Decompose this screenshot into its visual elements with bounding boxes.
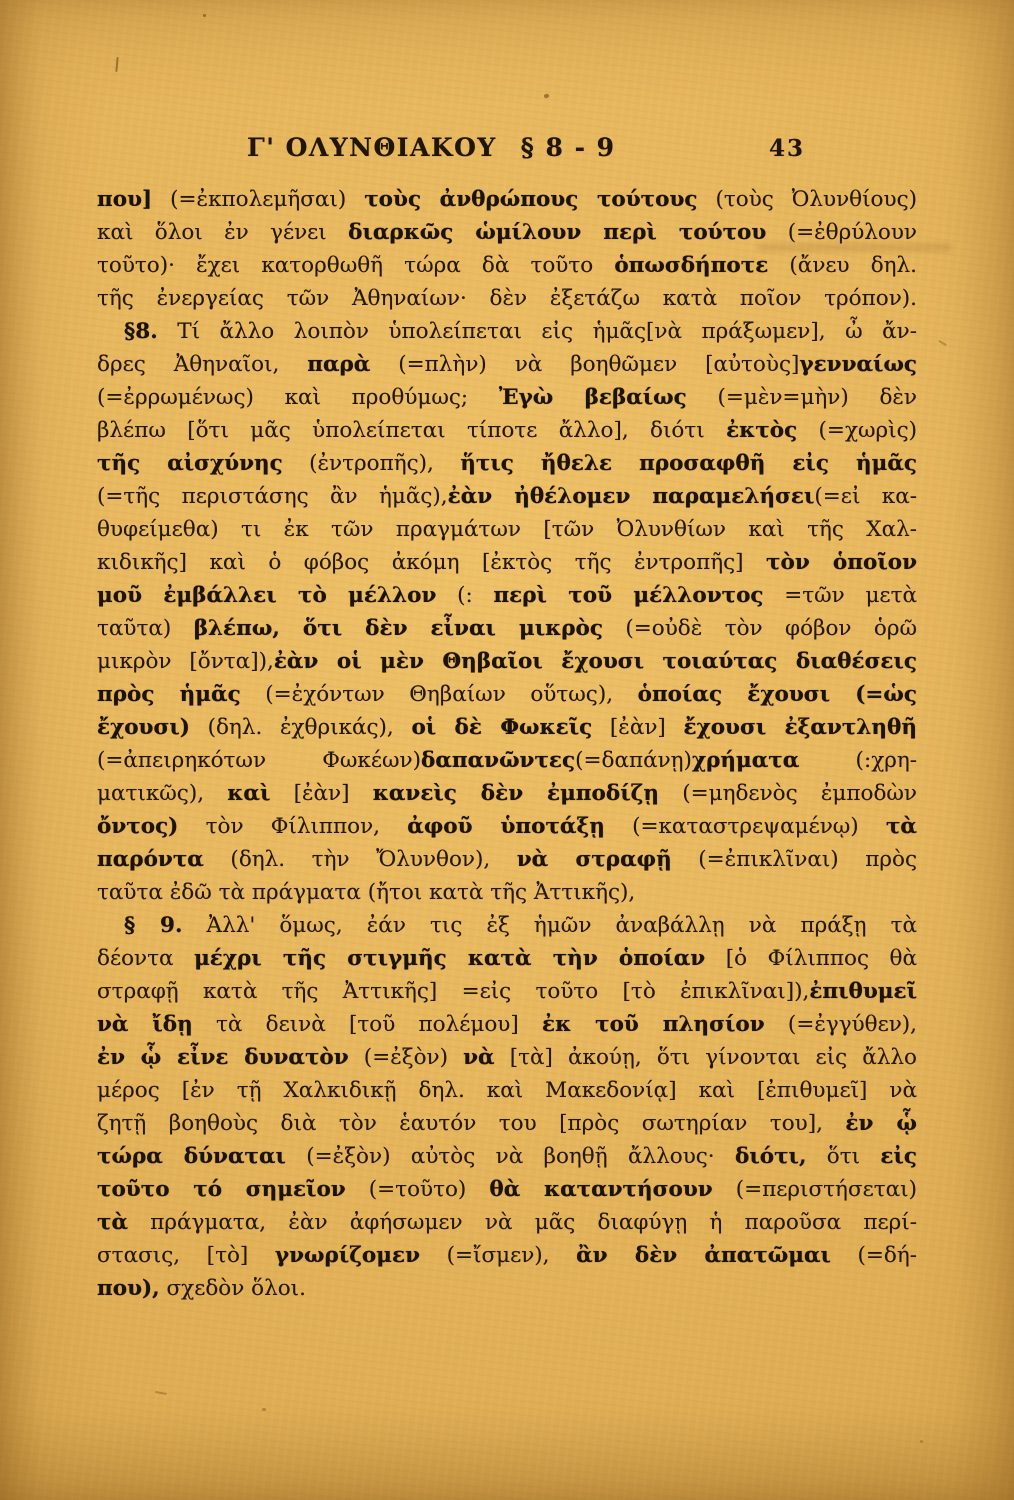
- text-segment: Ἀλλ' ὅμως, ἐάν τις ἐξ ἡμῶν ἀναβάλλῃ νὰ π…: [182, 913, 917, 938]
- text-segment: που),: [97, 1276, 160, 1301]
- text-line: μικρὸν [ὄντα]),ἐὰν οἱ μὲν Θηβαῖοι ἔχουσι…: [97, 645, 917, 678]
- text-segment: σχεδὸν ὅλοι.: [160, 1276, 306, 1301]
- paper-speck: [938, 340, 947, 346]
- text-segment: τὰ: [886, 814, 917, 839]
- text-segment: καὶ ὅλοι ἐν γένει: [97, 220, 348, 245]
- text-segment: τὸν ὁποῖον: [766, 550, 917, 575]
- text-segment: (ἄνευ δηλ.: [768, 253, 917, 278]
- text-segment: ἐκτὸς: [726, 418, 797, 443]
- text-segment: (=ἐχόντων Θηβαίων οὕτως),: [241, 682, 638, 707]
- text-segment: (=καταστρεψαμένῳ): [605, 814, 886, 839]
- text-segment: [ἐὰν]: [592, 715, 683, 740]
- text-segment: (=ἐξὸν) αὐτὸς νὰ βοηθῇ ἄλλους·: [286, 1144, 735, 1169]
- text-segment: (=δή-: [831, 1243, 917, 1268]
- page-title-section: § 8 - 9: [521, 133, 616, 162]
- text-segment: (ἐντροπῆς),: [283, 451, 461, 476]
- text-segment: ἂν δὲν ἀπατῶμαι: [576, 1243, 831, 1268]
- text-segment: περὶ τοῦ μέλλοντος: [493, 583, 763, 608]
- text-segment: (=τοῦτο): [346, 1177, 490, 1202]
- text-segment: [ἐὰν]: [270, 781, 372, 806]
- text-block: που] (=ἐκπολεμῆσαι) τοὺς ἀνθρώπους τούτο…: [97, 183, 917, 1305]
- text-segment: (=περιστήσεται): [713, 1177, 917, 1202]
- text-segment: χρήματα: [692, 748, 799, 773]
- text-segment: τώρα δύναται: [97, 1144, 286, 1169]
- text-segment: ζητῇ βοηθοὺς διὰ τὸν ἑαυτόν του [πρὸς σω…: [97, 1111, 845, 1136]
- text-segment: (=πλὴν) νὰ βοηθῶμεν [αὐτοὺς]: [370, 352, 799, 377]
- text-segment: τοῦτο)· ἔχει κατορθωθῆ τώρα δὰ τοῦτο: [97, 253, 614, 278]
- text-segment: (=εἰ κα-: [814, 484, 917, 509]
- text-segment: δέοντα: [97, 946, 194, 971]
- text-segment: =τῶν μετὰ: [764, 583, 917, 608]
- paper-speck: [155, 1391, 167, 1395]
- text-line: νὰ ἴδῃ τὰ δεινὰ [τοῦ πολέμου] ἐκ τοῦ πλη…: [97, 1008, 917, 1041]
- text-segment: ματικῶς),: [97, 781, 227, 806]
- text-segment: καὶ: [227, 781, 270, 806]
- paper-speck: [203, 14, 206, 17]
- text-line: θυφείμεθα) τι ἐκ τῶν πραγμάτων [τῶν Ὀλυν…: [97, 513, 917, 546]
- text-segment: (=ἐρρωμένως) καὶ προθύμως;: [97, 385, 499, 410]
- text-segment: (δηλ. ἐχθρικάς),: [190, 715, 412, 740]
- text-segment: ἐὰν οἱ μὲν Θηβαῖοι ἔχουσι τοιαύτας διαθέ…: [274, 649, 917, 674]
- text-segment: κιδικῆς] καὶ ὁ φόβος ἀκόμη [ἐκτὸς τῆς ἐν…: [97, 550, 766, 575]
- text-line: ἔχουσι) (δηλ. ἐχθρικάς), οἱ δὲ Φωκεῖς [ἐ…: [97, 711, 917, 744]
- text-line: τοῦτο τό σημεῖον (=τοῦτο) θὰ καταντήσουν…: [97, 1173, 917, 1206]
- text-segment: (=ἐξὸν): [349, 1045, 463, 1070]
- text-segment: § 9.: [124, 913, 182, 938]
- text-segment: τὰ: [97, 1210, 128, 1235]
- text-segment: πρὸς ἡμᾶς: [97, 682, 241, 707]
- text-segment: διότι,: [735, 1144, 806, 1169]
- text-segment: ταῦτα): [97, 616, 194, 641]
- text-segment: γνωρίζομεν: [275, 1243, 420, 1268]
- text-segment: ἐν ᾧ εἶνε δυνατὸν: [97, 1045, 349, 1070]
- paper-smudge: [757, 243, 952, 252]
- page-title: Γ' ΟΛΥΝΘΙΑΚΟΥ § 8 - 9: [247, 133, 616, 162]
- text-segment: (=μὲν=μὴν) δὲν: [687, 385, 917, 410]
- text-line: μοῦ ἐμβάλλει τὸ μέλλον (: περὶ τοῦ μέλλο…: [97, 579, 917, 612]
- text-segment: μέρος [ἐν τῇ Χαλκιδικῇ δηλ. καὶ Μακεδονί…: [97, 1078, 917, 1103]
- text-line: ὄντος) τὸν Φίλιππον, ἀφοῦ ὑποτάξῃ (=κατα…: [97, 810, 917, 843]
- paper-speck: [115, 57, 118, 72]
- text-segment: τὰ δεινὰ [τοῦ πολέμου]: [193, 1012, 542, 1037]
- text-segment: στασις, [τὸ]: [97, 1243, 275, 1268]
- text-line: πρὸς ἡμᾶς (=ἐχόντων Θηβαίων οὕτως), ὁποί…: [97, 678, 917, 711]
- text-segment: (=δαπάνῃ): [575, 748, 692, 773]
- text-segment: ἐκ τοῦ πλησίον: [542, 1012, 765, 1037]
- paper-speck: [262, 1408, 266, 1411]
- text-segment: μοῦ ἐμβάλλει τὸ μέλλον: [97, 583, 436, 608]
- text-segment: (:χρη-: [799, 748, 917, 773]
- text-segment: (=οὐδὲ τὸν φόβον ὁρῶ: [603, 616, 917, 641]
- text-segment: θυφείμεθα) τι ἐκ τῶν πραγμάτων [τῶν Ὀλυν…: [97, 517, 917, 542]
- text-line: κιδικῆς] καὶ ὁ φόβος ἀκόμη [ἐκτὸς τῆς ἐν…: [97, 546, 917, 579]
- text-segment: ἔχουσι ἐξαντληθῆ: [684, 715, 917, 740]
- text-line: ταῦτα) βλέπω, ὅτι δὲν εἶναι μικρὸς (=οὐδ…: [97, 612, 917, 645]
- text-line: στραφῇ κατὰ τῆς Ἀττικῆς] =εἰς τοῦτο [τὸ …: [97, 975, 917, 1008]
- text-line: (=ἐρρωμένως) καὶ προθύμως; Ἐγὼ βεβαίως (…: [97, 381, 917, 414]
- text-segment: (=μηδενὸς ἐμποδὼν: [659, 781, 917, 806]
- text-line: δέοντα μέχρι τῆς στιγμῆς κατὰ τὴν ὁποίαν…: [97, 942, 917, 975]
- text-segment: (=ἀπειρηκότων Φωκέων): [97, 748, 421, 773]
- text-segment: (=τῆς περιστάσης ἂν ἡμᾶς),: [97, 484, 448, 509]
- text-segment: μικρὸν [ὄντα]),: [97, 649, 274, 674]
- paragraph: § 9. Ἀλλ' ὅμως, ἐάν τις ἐξ ἡμῶν ἀναβάλλῃ…: [97, 909, 917, 1305]
- text-segment: τὸν Φίλιππον,: [178, 814, 407, 839]
- text-segment: ἀφοῦ ὑποτάξῃ: [407, 814, 605, 839]
- text-segment: (=χωρὶς): [797, 418, 917, 443]
- text-segment: στραφῇ κατὰ τῆς Ἀττικῆς] =εἰς τοῦτο [τὸ …: [97, 979, 809, 1004]
- text-segment: ἥτις ἤθελε προσαφθῆ εἰς ἡμᾶς: [460, 451, 917, 476]
- text-line: (=τῆς περιστάσης ἂν ἡμᾶς),ἐὰν ἠθέλομεν π…: [97, 480, 917, 513]
- text-segment: ὁποίας ἔχουσι: [638, 682, 830, 707]
- page-title-main: Γ' ΟΛΥΝΘΙΑΚΟΥ: [247, 133, 497, 162]
- text-line: μέρος [ἐν τῇ Χαλκιδικῇ δηλ. καὶ Μακεδονί…: [97, 1074, 917, 1107]
- paper-speck: [920, 1440, 923, 1443]
- text-segment: οἱ δὲ Φωκεῖς: [411, 715, 592, 740]
- text-segment: (=ἐγγύθεν),: [765, 1012, 917, 1037]
- text-segment: [τὰ] ἀκούῃ, ὅτι γίνονται εἰς ἄλλο: [495, 1045, 917, 1070]
- text-line: που), σχεδὸν ὅλοι.: [97, 1272, 917, 1305]
- book-page: Γ' ΟΛΥΝΘΙΑΚΟΥ § 8 - 9 43 που] (=ἐκπολεμῆ…: [0, 0, 1014, 1500]
- text-segment: τῆς αἰσχύνης: [97, 451, 283, 476]
- text-segment: θὰ καταντήσουν: [489, 1177, 712, 1202]
- text-segment: ὁπωσδήποτε: [614, 253, 768, 278]
- text-line: τώρα δύναται (=ἐξὸν) αὐτὸς νὰ βοηθῇ ἄλλο…: [97, 1140, 917, 1173]
- page-header: Γ' ΟΛΥΝΘΙΑΚΟΥ § 8 - 9 43: [97, 133, 917, 169]
- text-line: στασις, [τὸ] γνωρίζομεν (=ἴσμεν), ἂν δὲν…: [97, 1239, 917, 1272]
- text-segment: Ἐγὼ βεβαίως: [499, 385, 687, 410]
- text-segment: ἐπιθυμεῖ: [809, 979, 917, 1004]
- text-line: ταῦτα ἐδῶ τὰ πράγματα (ἤτοι κατὰ τῆς Ἀττ…: [97, 876, 917, 909]
- text-segment: που]: [97, 187, 152, 212]
- text-segment: (=ὡς: [830, 682, 917, 707]
- text-segment: τοὺς ἀνθρώπους τούτους: [364, 187, 697, 212]
- text-segment: παρὰ: [307, 352, 370, 377]
- text-segment: ταῦτα ἐδῶ τὰ πράγματα (ἤτοι κατὰ τῆς Ἀττ…: [97, 880, 635, 905]
- text-segment: ἔχουσι): [97, 715, 190, 740]
- text-line: ζητῇ βοηθοὺς διὰ τὸν ἑαυτόν του [πρὸς σω…: [97, 1107, 917, 1140]
- page-number: 43: [769, 135, 805, 162]
- text-segment: τοῦτο τό σημεῖον: [97, 1177, 346, 1202]
- paragraph: §8. Τί ἄλλο λοιπὸν ὑπολείπεται εἰς ἡμᾶς[…: [97, 315, 917, 909]
- text-line: που] (=ἐκπολεμῆσαι) τοὺς ἀνθρώπους τούτο…: [97, 183, 917, 216]
- text-segment: (δηλ. τὴν Ὄλυνθον),: [204, 847, 517, 872]
- text-segment: (=ἐθρύλουν: [766, 220, 917, 245]
- text-segment: διαρκῶς ὡμίλουν περὶ τούτου: [348, 220, 766, 245]
- text-line: τὰ πράγματα, ἐὰν ἀφήσωμεν νὰ μᾶς διαφύγῃ…: [97, 1206, 917, 1239]
- text-line: §8. Τί ἄλλο λοιπὸν ὑπολείπεται εἰς ἡμᾶς[…: [97, 315, 917, 348]
- text-line: (=ἀπειρηκότων Φωκέων)δαπανῶντες(=δαπάνῃ)…: [97, 744, 917, 777]
- text-segment: (=ἐπικλῖναι) πρὸς: [672, 847, 917, 872]
- text-segment: §8.: [124, 319, 158, 344]
- text-segment: εἰς: [880, 1144, 917, 1169]
- text-line: τῆς αἰσχύνης (ἐντροπῆς), ἥτις ἤθελε προσ…: [97, 447, 917, 480]
- text-segment: δρες Ἀθηναῖοι,: [97, 352, 307, 377]
- text-segment: κανεὶς δὲν ἐμποδίζῃ: [373, 781, 659, 806]
- text-segment: δαπανῶντες: [421, 748, 575, 773]
- text-segment: ἐὰν ἠθέλομεν παραμελήσει: [448, 484, 815, 509]
- text-segment: (=ἴσμεν),: [420, 1243, 576, 1268]
- text-segment: (=ἐκπολεμῆσαι): [152, 187, 364, 212]
- text-segment: [ὁ Φίλιππος θὰ: [705, 946, 917, 971]
- text-segment: (τοὺς Ὀλυνθίους): [698, 187, 918, 212]
- text-line: ἐν ᾧ εἶνε δυνατὸν (=ἐξὸν) νὰ [τὰ] ἀκούῃ,…: [97, 1041, 917, 1074]
- text-segment: παρόντα: [97, 847, 204, 872]
- text-segment: Τί ἄλλο λοιπὸν ὑπολείπεται εἰς ἡμᾶς[νὰ π…: [158, 319, 917, 344]
- text-line: τῆς ἐνεργείας τῶν Ἀθηναίων· δὲν ἐξετάζω …: [97, 282, 917, 315]
- text-segment: μέχρι τῆς στιγμῆς κατὰ τὴν ὁποίαν: [194, 946, 705, 971]
- text-segment: βλέπω, ὅτι δὲν εἶναι μικρὸς: [194, 616, 603, 641]
- text-line: βλέπω [ὅτι μᾶς ὑπολείπεται τίποτε ἄλλο],…: [97, 414, 917, 447]
- text-segment: ἐν ᾧ: [845, 1111, 917, 1136]
- text-line: παρόντα (δηλ. τὴν Ὄλυνθον), νὰ στραφῇ (=…: [97, 843, 917, 876]
- text-line: τοῦτο)· ἔχει κατορθωθῆ τώρα δὰ τοῦτο ὁπω…: [97, 249, 917, 282]
- text-line: δρες Ἀθηναῖοι, παρὰ (=πλὴν) νὰ βοηθῶμεν …: [97, 348, 917, 381]
- paper-speck: [543, 93, 549, 98]
- text-segment: νὰ ἴδῃ: [97, 1012, 193, 1037]
- text-segment: γενναίως: [799, 352, 917, 377]
- text-segment: ὄντος): [97, 814, 178, 839]
- text-segment: πράγματα, ἐὰν ἀφήσωμεν νὰ μᾶς διαφύγῃ ἡ …: [128, 1210, 917, 1235]
- text-segment: (:: [436, 583, 493, 608]
- text-segment: τῆς ἐνεργείας τῶν Ἀθηναίων· δὲν ἐξετάζω …: [97, 286, 917, 311]
- text-segment: νὰ: [463, 1045, 494, 1070]
- text-segment: βλέπω [ὅτι μᾶς ὑπολείπεται τίποτε ἄλλο],…: [97, 418, 726, 443]
- text-line: ματικῶς), καὶ [ἐὰν] κανεὶς δὲν ἐμποδίζῃ …: [97, 777, 917, 810]
- text-segment: ὅτι: [806, 1144, 880, 1169]
- text-line: § 9. Ἀλλ' ὅμως, ἐάν τις ἐξ ἡμῶν ἀναβάλλῃ…: [97, 909, 917, 942]
- text-segment: νὰ στραφῇ: [517, 847, 672, 872]
